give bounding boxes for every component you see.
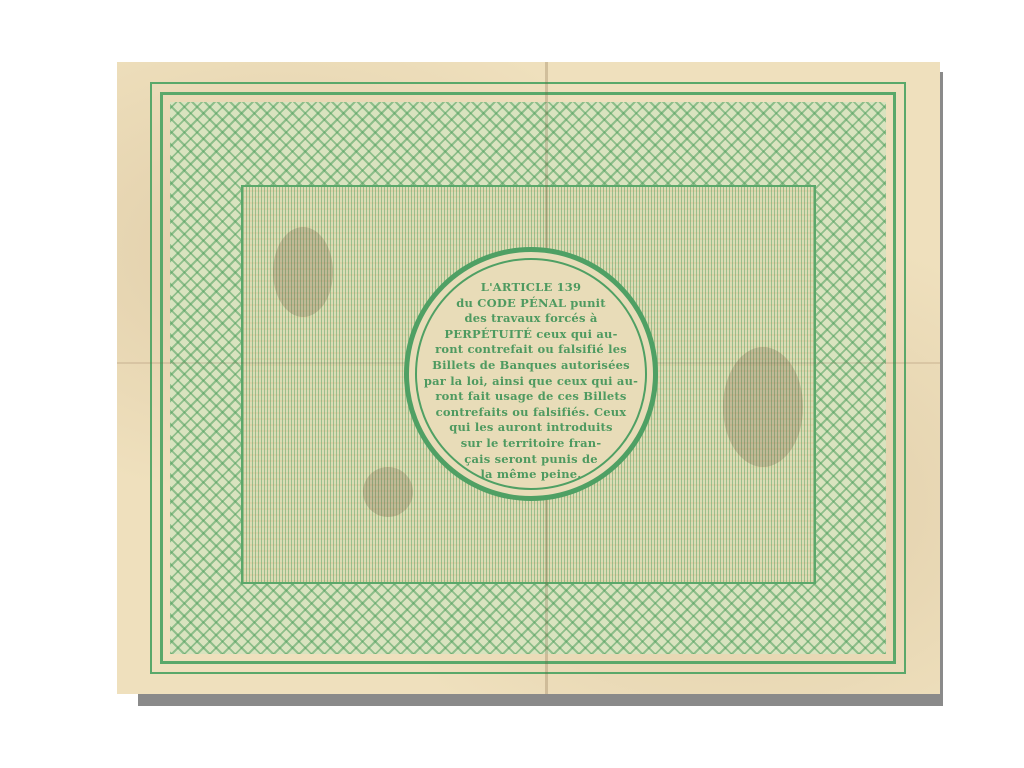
banknote: L'ARTICLE 139 du CODE PÉNAL punit des tr… <box>117 62 940 694</box>
seal-line: L'ARTICLE 139 <box>409 280 653 296</box>
legal-warning-text: L'ARTICLE 139 du CODE PÉNAL punit des tr… <box>409 280 653 483</box>
seal-line: par la loi, ainsi que ceux qui au- <box>409 374 653 390</box>
seal-line: sur le territoire fran- <box>409 436 653 452</box>
seal-line: PERPÉTUITÉ ceux qui au- <box>409 327 653 343</box>
seal-line: la même peine. <box>409 467 653 483</box>
legal-warning-seal: L'ARTICLE 139 du CODE PÉNAL punit des tr… <box>404 247 658 501</box>
seal-line: des travaux forcés à <box>409 311 653 327</box>
seal-line: qui les auront introduits <box>409 420 653 436</box>
seal-line: ront contrefait ou falsifié les <box>409 342 653 358</box>
stain <box>723 347 803 467</box>
seal-line: Billets de Banques autorisées <box>409 358 653 374</box>
stain <box>363 467 413 517</box>
seal-line: du CODE PÉNAL punit <box>409 296 653 312</box>
seal-line: ront fait usage de ces Billets <box>409 389 653 405</box>
seal-line: contrefaits ou falsifiés. Ceux <box>409 405 653 421</box>
seal-line: çais seront punis de <box>409 452 653 468</box>
stain <box>273 227 333 317</box>
